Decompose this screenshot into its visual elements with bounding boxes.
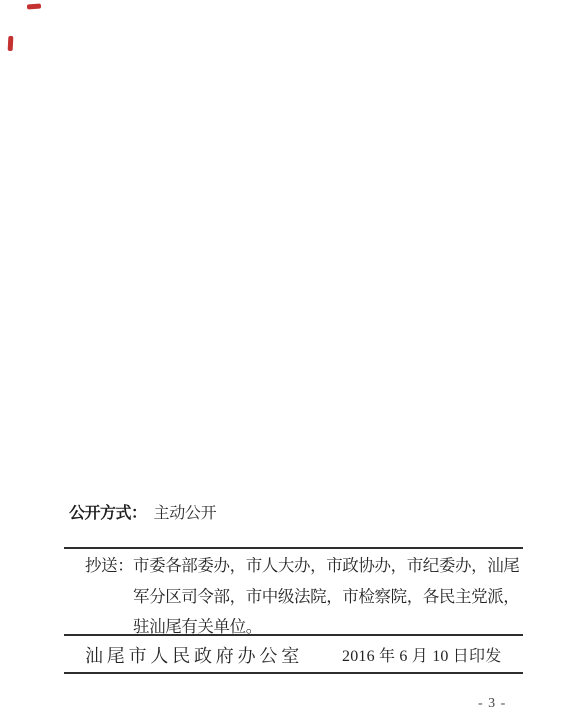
document-page: 公开方式： 主动公开 抄送： 市委各部委办，市人大办，市政协办，市纪委办，汕尾 … — [0, 0, 586, 726]
cc-label: 抄送： — [85, 557, 133, 575]
red-scan-mark-2 — [8, 36, 14, 51]
issuer-name: 汕尾市人民政府办公室 — [85, 646, 303, 666]
publicity-label: 公开方式： — [69, 500, 147, 523]
horizontal-rule-bottom — [64, 672, 523, 674]
publicity-line: 公开方式： 主动公开 — [69, 500, 216, 518]
red-scan-mark-1 — [27, 4, 41, 10]
horizontal-rule-top — [64, 547, 523, 549]
publicity-value: 主动公开 — [154, 500, 217, 523]
print-date: 2016 年 6 月 10 日印发 — [342, 647, 501, 666]
page-number: - 3 - — [478, 696, 506, 712]
cc-line: 市委各部委办，市人大办，市政协办，市纪委办，汕尾 — [133, 557, 519, 575]
horizontal-rule-middle — [64, 634, 523, 636]
cc-line: 军分区司令部，市中级法院，市检察院，各民主党派， — [133, 588, 519, 606]
